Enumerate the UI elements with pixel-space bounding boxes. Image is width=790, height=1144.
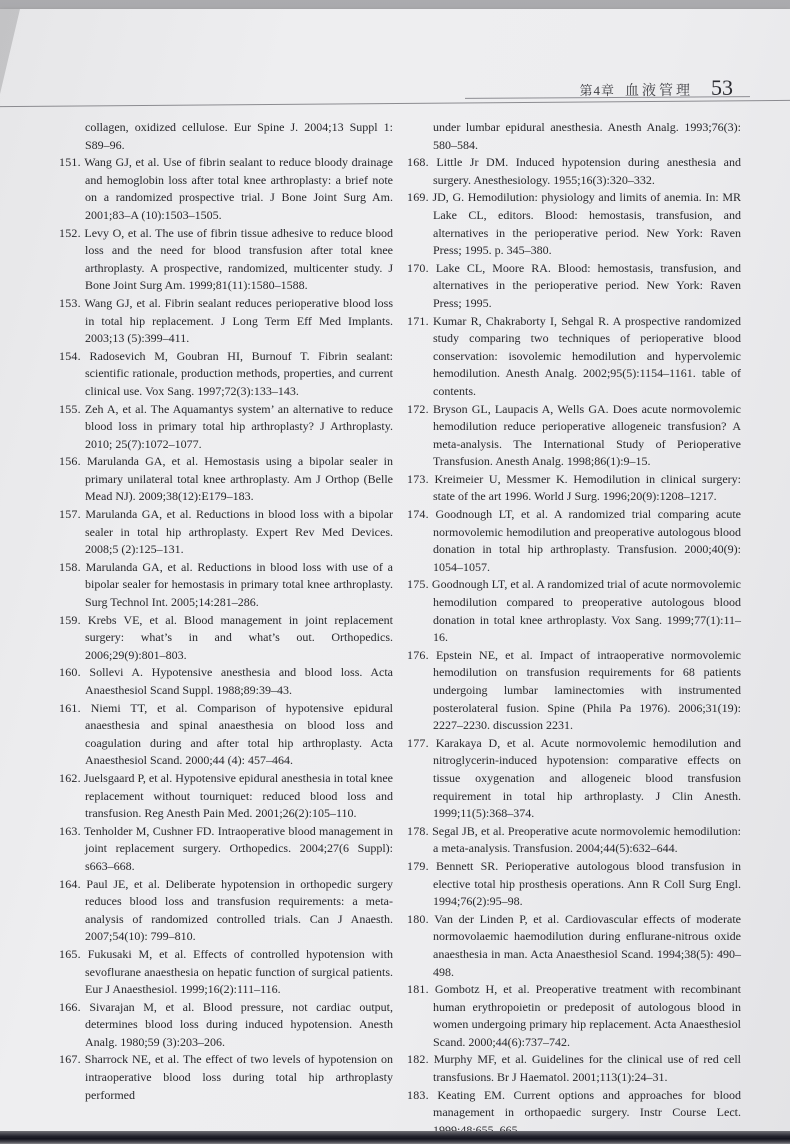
reference-text: Krebs VE, et al. Blood management in joi… — [85, 613, 393, 662]
reference-number: 166. — [59, 1000, 81, 1014]
reference-text: Wang GJ, et al. Use of fibrin sealant to… — [84, 155, 393, 222]
page-bottom-edge — [0, 1131, 790, 1144]
page-corner-shadow — [0, 9, 20, 94]
reference-text: Marulanda GA, et al. Reductions in blood… — [85, 507, 393, 556]
reference-number: 158. — [59, 560, 81, 574]
reference-text: Keating EM. Current options and approach… — [433, 1088, 741, 1137]
reference-item: 175. Goodnough LT, et al. A randomized t… — [407, 576, 741, 646]
reference-item: 167. Sharrock NE, et al. The effect of t… — [59, 1051, 393, 1104]
reference-item: 174. Goodnough LT, et al. A randomized t… — [407, 506, 741, 576]
reference-number: 175. — [407, 577, 429, 591]
reference-text: Little Jr DM. Induced hypotension during… — [433, 155, 741, 187]
reference-number: 176. — [407, 648, 429, 662]
reference-number: 168. — [407, 155, 429, 169]
references-content: collagen, oxidized cellulose. Eur Spine … — [59, 119, 741, 1139]
reference-text: Marulanda GA, et al. Hemostasis using a … — [85, 454, 393, 503]
reference-item: 165. Fukusaki M, et al. Effects of contr… — [59, 946, 393, 999]
reference-item: 171. Kumar R, Chakraborty I, Sehgal R. A… — [407, 313, 741, 401]
reference-number: 183. — [407, 1088, 429, 1102]
reference-item: 182. Murphy MF, et al. Guidelines for th… — [407, 1051, 741, 1086]
header-rule — [0, 100, 790, 108]
reference-text: JD, G. Hemodilution: physiology and limi… — [432, 190, 741, 257]
reference-number: 174. — [407, 507, 429, 521]
reference-number: 163. — [59, 824, 81, 838]
reference-text: Goodnough LT, et al. A randomized trial … — [433, 507, 741, 574]
reference-text: Marulanda GA, et al. Reductions in blood… — [85, 560, 393, 609]
reference-item: 152. Levy O, et al. The use of fibrin ti… — [59, 225, 393, 295]
reference-item: 170. Lake CL, Moore RA. Blood: hemostasi… — [407, 260, 741, 313]
reference-text: Bryson GL, Laupacis A, Wells GA. Does ac… — [433, 402, 741, 469]
reference-item: 163. Tenholder M, Cushner FD. Intraopera… — [59, 823, 393, 876]
reference-item: 168. Little Jr DM. Induced hypotension d… — [407, 154, 741, 189]
reference-number: 172. — [407, 402, 429, 416]
reference-item: 172. Bryson GL, Laupacis A, Wells GA. Do… — [407, 401, 741, 471]
scanned-page-photo: 第4章 血液管理 53 collagen, oxidized cellulose… — [0, 0, 790, 1144]
reference-text: Kreimeier U, Messmer K. Hemodilution in … — [433, 472, 741, 504]
reference-number: 167. — [59, 1052, 81, 1066]
reference-text: Sharrock NE, et al. The effect of two le… — [85, 1052, 393, 1101]
reference-number: 171. — [407, 314, 429, 328]
reference-number: 180. — [407, 912, 429, 926]
reference-text: Goodnough LT, et al. A randomized trial … — [432, 577, 741, 644]
reference-list-left: 151. Wang GJ, et al. Use of fibrin seala… — [59, 154, 393, 1104]
reference-text: Van der Linden P, et al. Cardiovascular … — [433, 912, 741, 979]
reference-text: Segal JB, et al. Preoperative acute norm… — [432, 824, 741, 856]
reference-list-right: 168. Little Jr DM. Induced hypotension d… — [407, 154, 741, 1139]
carryover-text-right: under lumbar epidural anesthesia. Anesth… — [407, 119, 741, 154]
reference-text: Kumar R, Chakraborty I, Sehgal R. A pros… — [433, 314, 741, 398]
reference-item: 160. Sollevi A. Hypotensive anesthesia a… — [59, 664, 393, 699]
reference-number: 169. — [407, 190, 429, 204]
reference-text: Paul JE, et al. Deliberate hypotension i… — [85, 877, 393, 944]
reference-text: Lake CL, Moore RA. Blood: hemostasis, tr… — [433, 261, 741, 310]
right-column: under lumbar epidural anesthesia. Anesth… — [407, 119, 741, 1139]
reference-number: 165. — [59, 947, 81, 961]
carryover-text-left: collagen, oxidized cellulose. Eur Spine … — [59, 119, 393, 154]
reference-number: 159. — [59, 613, 81, 627]
reference-item: 154. Radosevich M, Goubran HI, Burnouf T… — [59, 348, 393, 401]
reference-item: 151. Wang GJ, et al. Use of fibrin seala… — [59, 154, 393, 224]
reference-item: 176. Epstein NE, et al. Impact of intrao… — [407, 647, 741, 735]
reference-number: 162. — [59, 771, 81, 785]
reference-text: Levy O, et al. The use of fibrin tissue … — [84, 226, 393, 293]
reference-number: 156. — [59, 454, 81, 468]
reference-text: Gombotz H, et al. Preoperative treatment… — [433, 982, 741, 1049]
reference-text: Juelsgaard P, et al. Hypotensive epidura… — [84, 771, 393, 820]
reference-text: Wang GJ, et al. Fibrin sealant reduces p… — [85, 296, 393, 345]
reference-item: 159. Krebs VE, et al. Blood management i… — [59, 612, 393, 665]
reference-text: Sivarajan M, et al. Blood pressure, not … — [85, 1000, 393, 1049]
reference-number: 182. — [407, 1052, 429, 1066]
reference-text: Radosevich M, Goubran HI, Burnouf T. Fib… — [85, 349, 393, 398]
reference-item: 158. Marulanda GA, et al. Reductions in … — [59, 559, 393, 612]
reference-item: 181. Gombotz H, et al. Preoperative trea… — [407, 981, 741, 1051]
reference-text: Fukusaki M, et al. Effects of controlled… — [85, 947, 393, 996]
reference-number: 161. — [59, 701, 81, 715]
reference-number: 177. — [407, 736, 429, 750]
reference-number: 178. — [407, 824, 429, 838]
reference-text: Sollevi A. Hypotensive anesthesia and bl… — [85, 665, 393, 697]
reference-text: Murphy MF, et al. Guidelines for the cli… — [433, 1052, 741, 1084]
reference-number: 154. — [59, 349, 81, 363]
reference-item: 157. Marulanda GA, et al. Reductions in … — [59, 506, 393, 559]
reference-number: 164. — [59, 877, 81, 891]
reference-item: 166. Sivarajan M, et al. Blood pressure,… — [59, 999, 393, 1052]
left-column: collagen, oxidized cellulose. Eur Spine … — [59, 119, 393, 1139]
reference-item: 161. Niemi TT, et al. Comparison of hypo… — [59, 700, 393, 770]
reference-item: 162. Juelsgaard P, et al. Hypotensive ep… — [59, 770, 393, 823]
reference-number: 170. — [407, 261, 429, 275]
reference-item: 153. Wang GJ, et al. Fibrin sealant redu… — [59, 295, 393, 348]
reference-item: 178. Segal JB, et al. Preoperative acute… — [407, 823, 741, 858]
reference-number: 151. — [59, 155, 81, 169]
reference-number: 155. — [59, 402, 81, 416]
reference-text: Karakaya D, et al. Acute normovolemic he… — [433, 736, 741, 820]
reference-text: Zeh A, et al. The Aquamantys system’ an … — [85, 402, 393, 451]
reference-text: Bennett SR. Perioperative autologous blo… — [433, 859, 741, 908]
reference-item: 173. Kreimeier U, Messmer K. Hemodilutio… — [407, 471, 741, 506]
book-page: 第4章 血液管理 53 collagen, oxidized cellulose… — [0, 9, 790, 1134]
reference-item: 164. Paul JE, et al. Deliberate hypotens… — [59, 876, 393, 946]
reference-item: 179. Bennett SR. Perioperative autologou… — [407, 858, 741, 911]
reference-number: 160. — [59, 665, 81, 679]
reference-text: Niemi TT, et al. Comparison of hypotensi… — [85, 701, 393, 768]
reference-number: 181. — [407, 982, 429, 996]
reference-text: Epstein NE, et al. Impact of intraoperat… — [433, 648, 741, 732]
reference-number: 179. — [407, 859, 429, 873]
reference-item: 180. Van der Linden P, et al. Cardiovasc… — [407, 911, 741, 981]
reference-number: 152. — [59, 226, 81, 240]
reference-number: 173. — [407, 472, 429, 486]
reference-item: 169. JD, G. Hemodilution: physiology and… — [407, 189, 741, 259]
reference-item: 177. Karakaya D, et al. Acute normovolem… — [407, 735, 741, 823]
reference-item: 156. Marulanda GA, et al. Hemostasis usi… — [59, 453, 393, 506]
reference-item: 155. Zeh A, et al. The Aquamantys system… — [59, 401, 393, 454]
reference-number: 153. — [59, 296, 81, 310]
reference-text: Tenholder M, Cushner FD. Intraoperative … — [84, 824, 393, 873]
reference-number: 157. — [59, 507, 81, 521]
